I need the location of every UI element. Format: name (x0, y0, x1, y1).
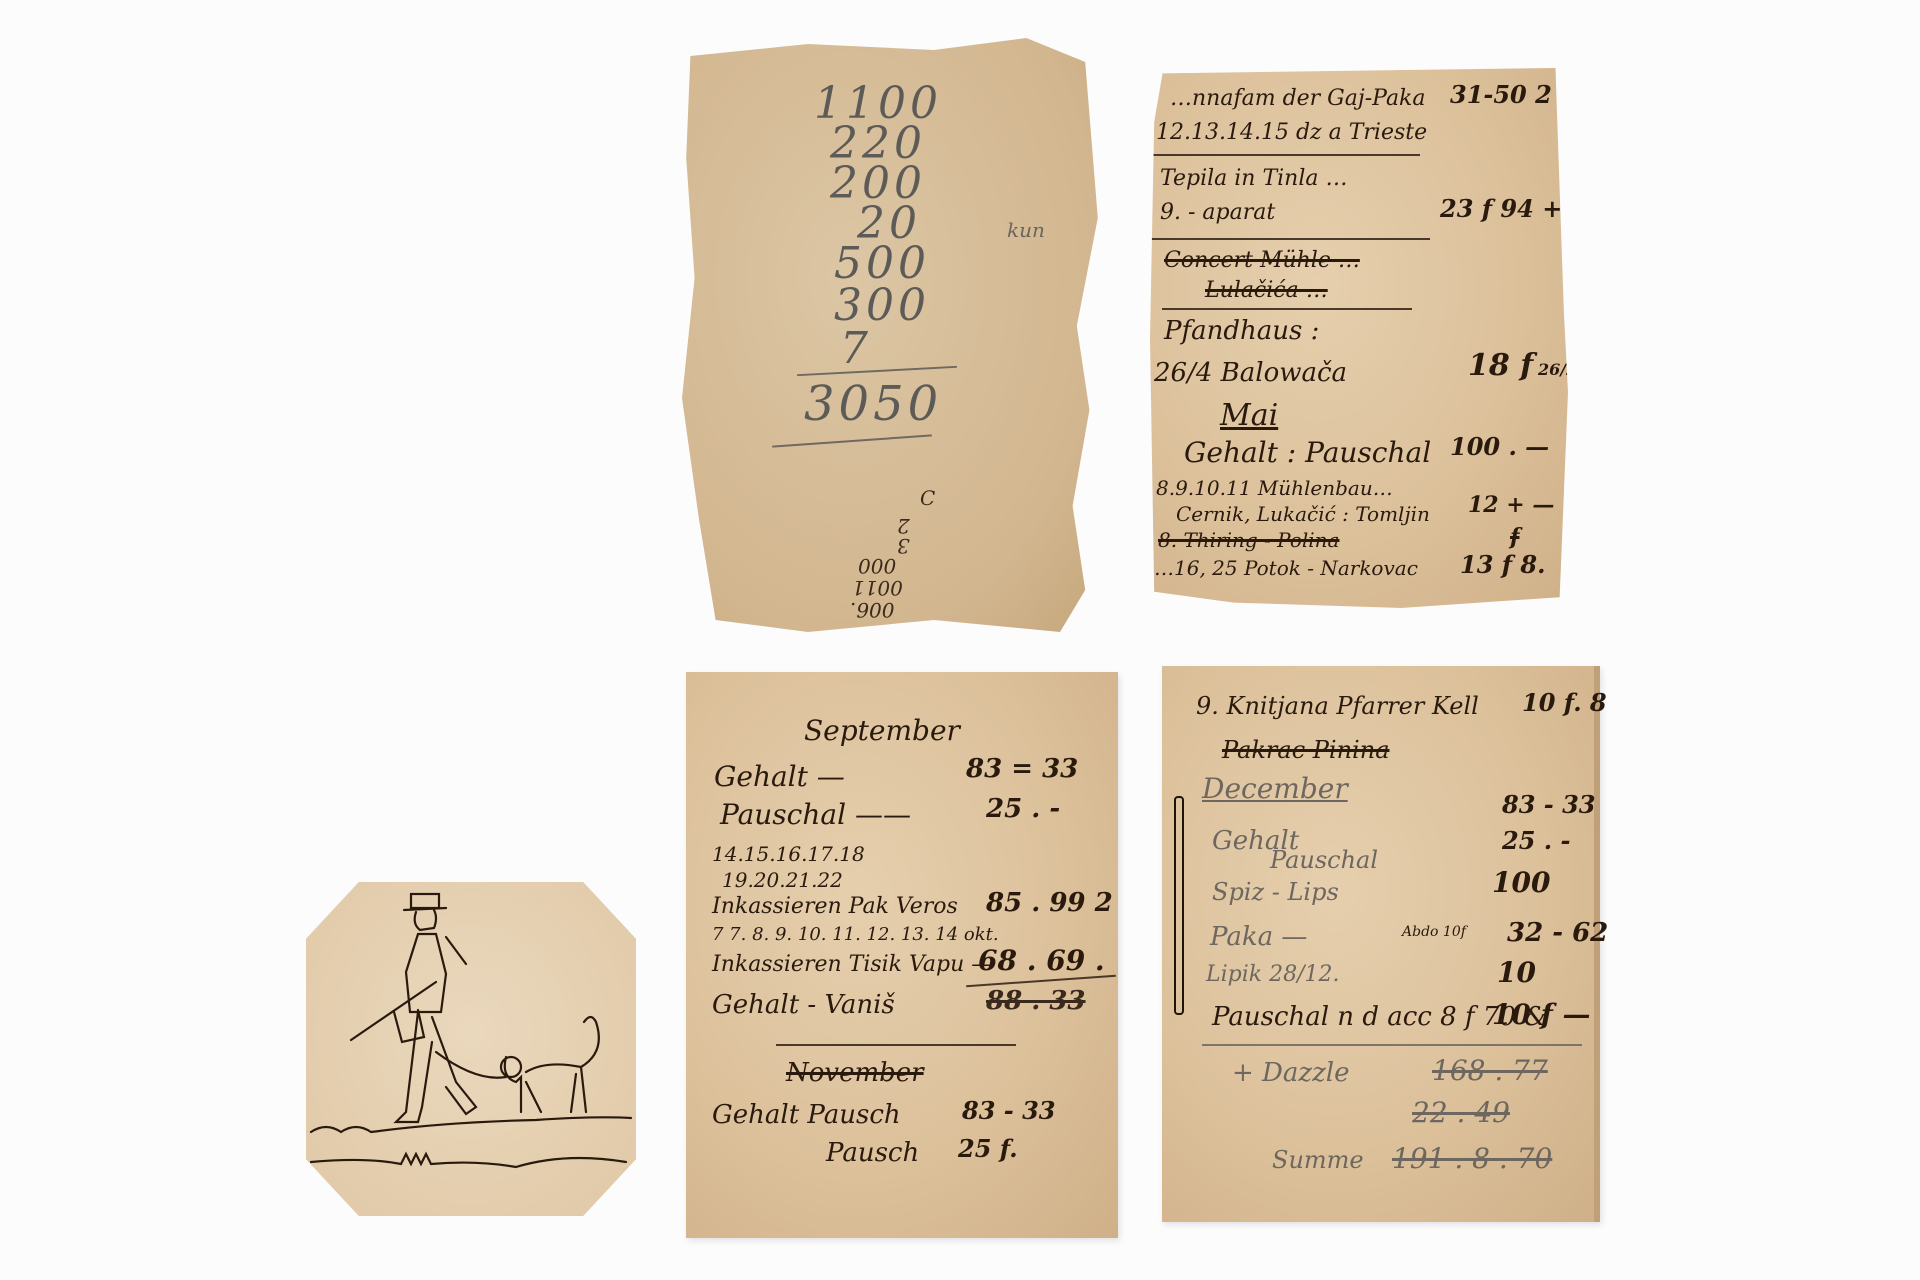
ledger-line: Pauschal —— (720, 798, 911, 831)
ledger-amount: 12 + — (1468, 492, 1554, 518)
september-account-sheet: September Gehalt — 83 = 33 Pauschal —— 2… (686, 672, 1118, 1238)
hunter-and-dog-drawing (306, 882, 636, 1216)
ledger-amount: 10 f. 8 (1522, 688, 1607, 717)
ledger-amount: 23 f 94 + (1440, 194, 1562, 223)
ledger-amount: 83 - 33 (1502, 790, 1595, 819)
ledger-amount: 13 f 8. (1460, 550, 1546, 579)
ledger-line-struck: Pakrac Pinina (1222, 736, 1390, 764)
ledger-line: 9. - aparat (1160, 200, 1275, 225)
ledger-amount: 25 f. (958, 1134, 1018, 1163)
ledger-line: Paka — (1210, 922, 1307, 952)
margin-note: kun (1007, 218, 1045, 242)
ledger-line: …nnafam der Gaj-Paka (1170, 86, 1426, 111)
ledger-line: + Dazzle (1232, 1058, 1350, 1088)
torn-paper-fragment: 1100 220 200 20 500 300 7 3050 kun C 2 3… (682, 38, 1102, 638)
ink-mark: 0011 (852, 576, 903, 600)
ledger-line: 12.13.14.15 dz a Trieste (1156, 120, 1427, 145)
december-account-booklet: 9. Knitjana Pfarrer Kell 10 f. 8 Pakrac … (1162, 666, 1600, 1222)
ledger-line: 26/4 Balowača (1154, 358, 1347, 388)
ledger-amount: 168 . 77 (1432, 1054, 1548, 1087)
date-line: 14.15.16.17.18 (712, 842, 865, 866)
ledger-amount: 10 f — (1492, 998, 1591, 1031)
total-rule (772, 434, 932, 447)
ledger-line: Cernik, Lukačić : Tomljin (1176, 502, 1430, 526)
month-heading: Mai (1220, 398, 1278, 433)
ledger-line: Pauschal (1270, 846, 1378, 874)
ink-mark: 3 (897, 534, 910, 558)
ledger-amount: f (1510, 524, 1519, 550)
ledger-line: Pausch (826, 1138, 919, 1168)
ledger-line: 8.9.10.11 Mühlenbau… (1156, 476, 1393, 500)
ledger-amount: 32 - 62 (1507, 918, 1608, 948)
ledger-amount: 85 . 99 2 (986, 888, 1113, 918)
date-line: 7 7. 8. 9. 10. 11. 12. 13. 14 okt. (712, 924, 999, 945)
circled-note: Abdo 10f (1402, 924, 1466, 940)
ledger-line: Inkassieren Tisik Vapu — (712, 952, 993, 977)
month-heading: December (1202, 772, 1348, 805)
ledger-amount: 10 (1497, 956, 1536, 989)
ledger-line: Gehalt Pausch (712, 1100, 901, 1130)
ink-mark: 006. (850, 598, 895, 622)
ledger-line: Spiz - Lips (1212, 878, 1339, 906)
ledger-amount: 100 . — (1450, 432, 1549, 461)
ledger-line: Pfandhaus : (1164, 316, 1319, 346)
month-heading: November (786, 1058, 924, 1088)
ledger-line: Summe (1272, 1146, 1364, 1174)
month-heading: September (804, 714, 960, 747)
booklet-thread-binding (1174, 796, 1184, 1015)
ledger-line: Gehalt — (714, 760, 845, 793)
row-divider (1162, 308, 1412, 310)
ledger-line-struck: 8. Thiring - Polina (1158, 528, 1339, 552)
ledger-amount: 31-50 2 (1450, 80, 1552, 109)
ledger-amount: 83 = 33 (966, 754, 1078, 784)
hunter-sketch-card (306, 882, 636, 1216)
ledger-line-struck: Lulačića … (1205, 278, 1328, 303)
ledger-amount: 100 (1492, 866, 1550, 899)
sum-rule (797, 366, 957, 376)
ledger-amount: 88 . 33 (986, 986, 1086, 1016)
ledger-line: Gehalt : Pauschal (1184, 436, 1431, 469)
row-divider (1150, 154, 1420, 156)
side-note: 26/2 (1538, 360, 1577, 379)
ledger-line: Inkassieren Pak Veros (712, 894, 958, 919)
ledger-amount: 22 . 49 (1412, 1096, 1510, 1129)
ledger-amount: 18 f (1468, 348, 1533, 383)
ledger-line-struck: Concert Mühle … (1164, 248, 1360, 273)
sum-total: 3050 (804, 376, 942, 432)
ledger-line: Tepila in Tinla … (1160, 166, 1347, 191)
ledger-amount: 68 . 69 . (978, 944, 1105, 977)
date-line: 19.20.21.22 (722, 868, 843, 892)
ledger-line: Lipik 28/12. (1206, 962, 1339, 987)
ink-mark: C (920, 486, 935, 510)
row-divider (1150, 238, 1430, 240)
ledger-line: Gehalt - Vaniš (712, 990, 895, 1020)
row-divider (1202, 1044, 1582, 1046)
ledger-fragment-top-right: …nnafam der Gaj-Paka 31-50 2 12.13.14.15… (1150, 68, 1568, 608)
ink-mark: 000 (858, 554, 896, 578)
sum-line: 7 (840, 323, 872, 374)
ledger-amount: 83 - 33 (962, 1096, 1055, 1125)
row-divider (776, 1044, 1016, 1046)
ledger-amount: 191 . 8 . 70 (1392, 1142, 1552, 1175)
ledger-amount: 25 . - (1502, 826, 1570, 855)
ledger-amount: 25 . - (986, 794, 1060, 824)
ledger-line: …16, 25 Potok - Narkovac (1154, 556, 1418, 580)
ledger-line: 9. Knitjana Pfarrer Kell (1196, 692, 1479, 720)
